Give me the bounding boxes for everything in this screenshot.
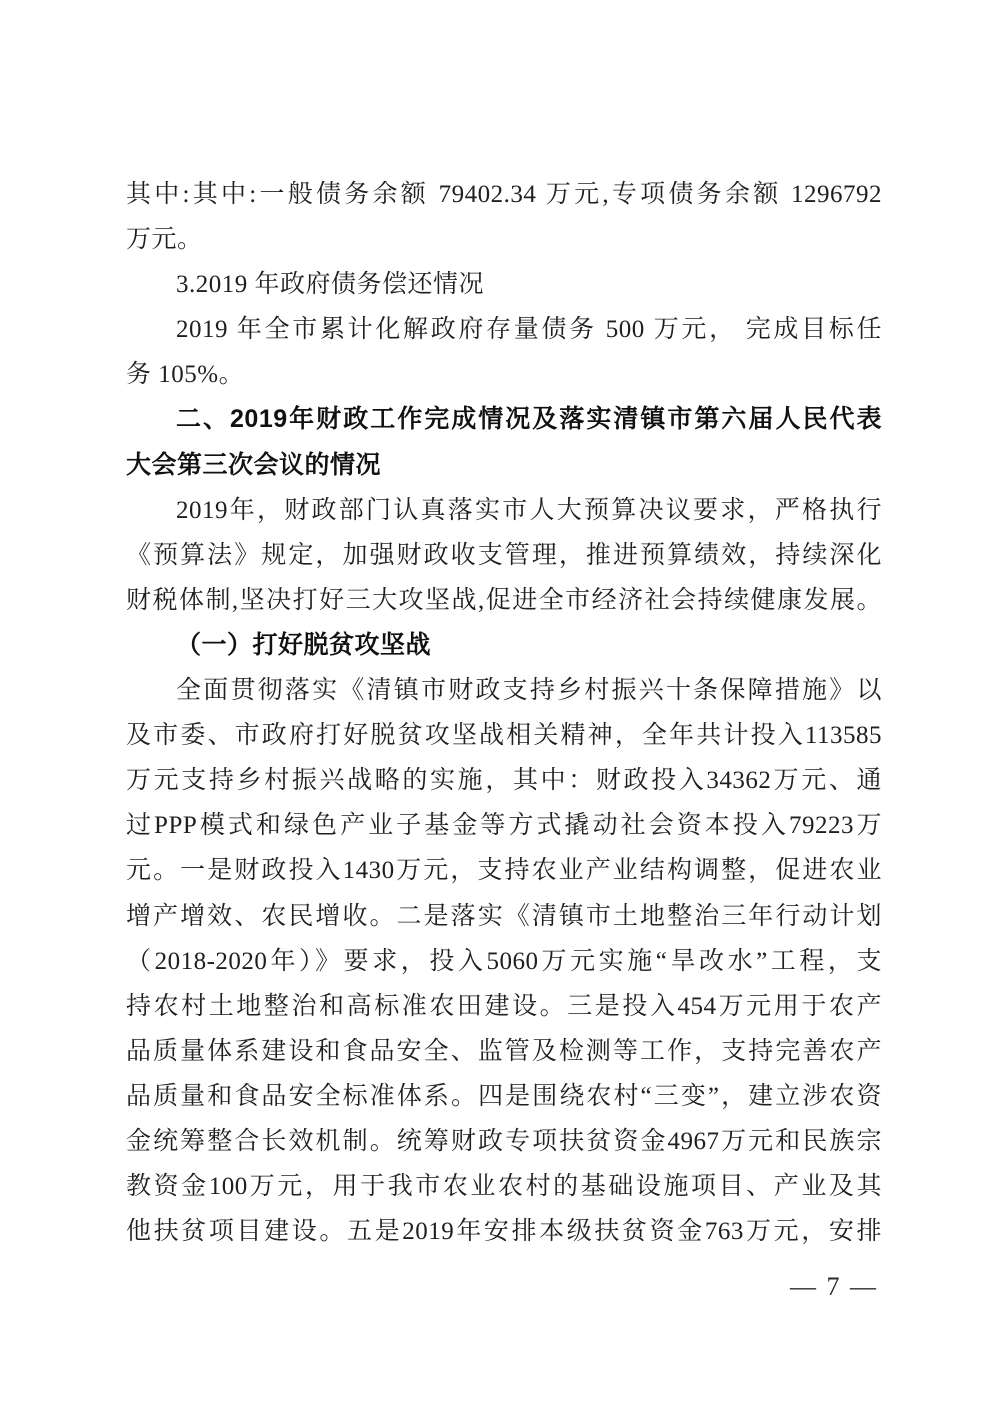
text-line: 教资金100万元，用于我市农业农村的基础设施项目、产业及其 [126, 1164, 882, 1209]
heading-line: 大会第三次会议的情况 [126, 443, 882, 488]
text-line: 3.2019 年政府债务偿还情况 [126, 262, 882, 307]
text-line: 增产增效、农民增收。二是落实《清镇市土地整治三年行动计划 [126, 894, 882, 939]
text-line: 全面贯彻落实《清镇市财政支持乡村振兴十条保障措施》以 [126, 668, 882, 713]
text-line: 务 105%。 [126, 352, 882, 397]
text-line: 金统筹整合长效机制。统筹财政专项扶贫资金4967万元和民族宗 [126, 1119, 882, 1164]
document-body: 其中:其中:一般债务余额 79402.34 万元,专项债务余额 1296792万… [126, 172, 882, 1254]
text-line: 他扶贫项目建设。五是2019年安排本级扶贫资金763万元，安排 [126, 1209, 882, 1254]
text-line: 及市委、市政府打好脱贫攻坚战相关精神，全年共计投入113585 [126, 713, 882, 758]
text-line: 品质量和食品安全标准体系。四是围绕农村“三变”，建立涉农资 [126, 1074, 882, 1119]
text-line: 品质量体系建设和食品安全、监管及检测等工作，支持完善农产 [126, 1029, 882, 1074]
text-line: 《预算法》规定，加强财政收支管理，推进预算绩效，持续深化 [126, 533, 882, 578]
text-line: 万元支持乡村振兴战略的实施，其中：财政投入34362万元、通 [126, 758, 882, 803]
text-line: 持农村土地整治和高标准农田建设。三是投入454万元用于农产 [126, 984, 882, 1029]
heading-line: （一）打好脱贫攻坚战 [126, 623, 882, 668]
text-line: （2018-2020年）》要求，投入5060万元实施“旱改水”工程，支 [126, 939, 882, 984]
document-page: 其中:其中:一般债务余额 79402.34 万元,专项债务余额 1296792万… [0, 0, 1000, 1414]
text-line: 2019 年全市累计化解政府存量债务 500 万元， 完成目标任 [126, 307, 882, 352]
text-line: 万元。 [126, 217, 882, 262]
text-line: 其中:其中:一般债务余额 79402.34 万元,专项债务余额 1296792 [126, 172, 882, 217]
heading-line: 二、2019年财政工作完成情况及落实清镇市第六届人民代表 [126, 397, 882, 442]
text-line: 2019年，财政部门认真落实市人大预算决议要求，严格执行 [126, 488, 882, 533]
text-line: 过PPP模式和绿色产业子基金等方式撬动社会资本投入79223万 [126, 803, 882, 848]
page-number: — 7 — [790, 1272, 878, 1302]
text-line: 财税体制,坚决打好三大攻坚战,促进全市经济社会持续健康发展。 [126, 578, 882, 623]
text-line: 元。一是财政投入1430万元，支持农业产业结构调整，促进农业 [126, 848, 882, 893]
